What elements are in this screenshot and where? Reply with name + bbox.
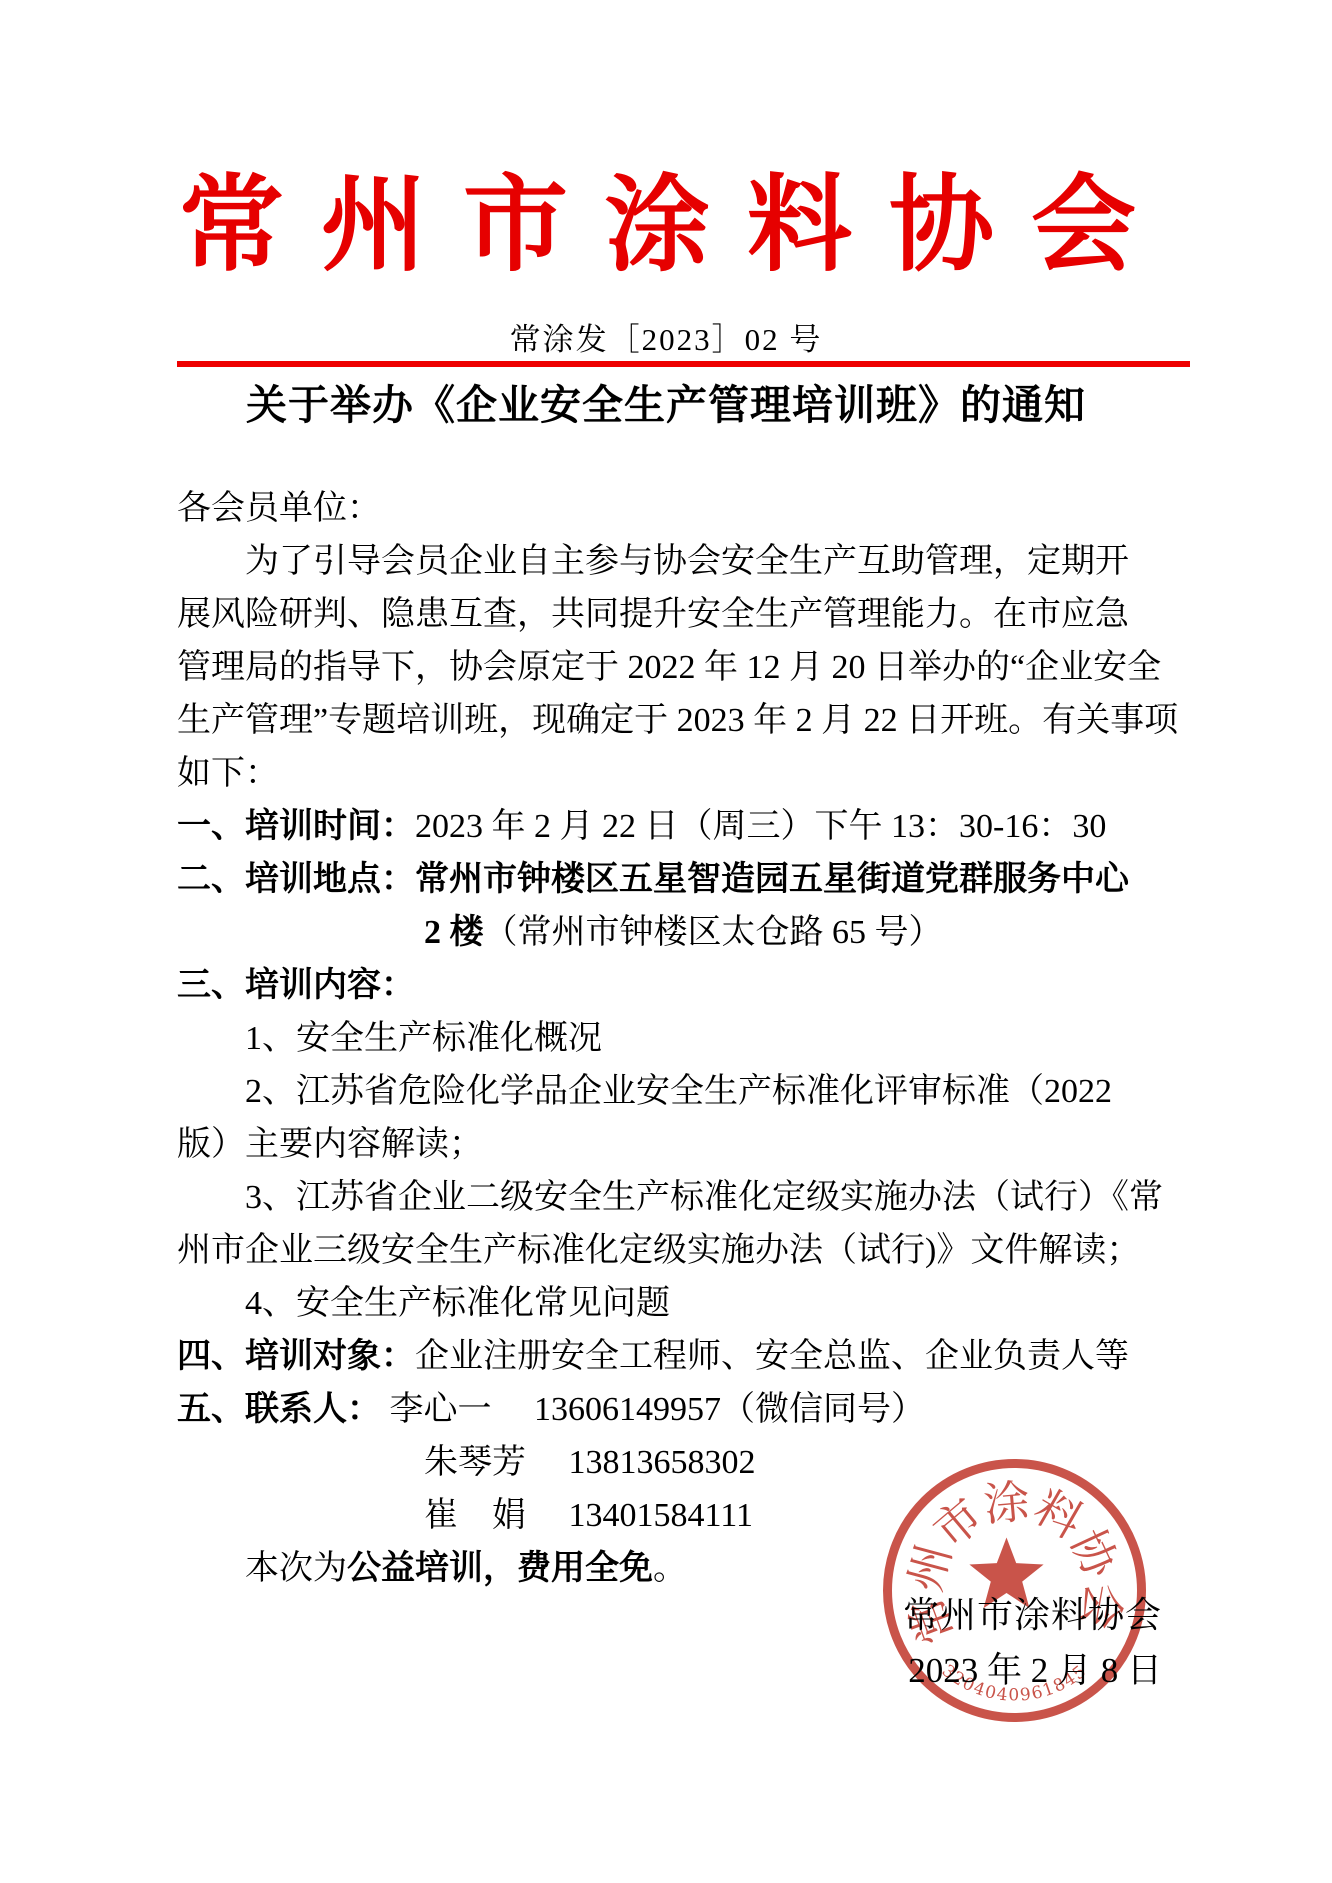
body-line: 版）主要内容解读；: [177, 1118, 1187, 1171]
doc-title: 关于举办《企业安全生产管理培训班》的通知: [0, 372, 1332, 431]
text-segment: 州市企业三级安全生产标准化定级实施办法（试行)》文件解读；: [177, 1232, 1140, 1269]
text-segment: 李心一 13606149957（微信同号）: [381, 1391, 925, 1428]
text-segment: 4、安全生产标准化常见问题: [245, 1285, 670, 1322]
body-lines: 各会员单位：为了引导会员企业自主参与协会安全生产互助管理，定期开展风险研判、隐患…: [177, 482, 1187, 1595]
body-line: 朱琴芳 13813658302: [177, 1436, 1187, 1489]
document-page: 常州市涂料协会 常涂发［2023］02 号 关于举办《企业安全生产管理培训班》的…: [0, 0, 1332, 1883]
text-segment: 2、江苏省危险化学品企业安全生产标准化评审标准（2022: [245, 1073, 1112, 1110]
body-line: 五、联系人： 李心一 13606149957（微信同号）: [177, 1383, 1187, 1436]
text-segment: 展风险研判、隐患互查，共同提升安全生产管理能力。在市应急: [177, 596, 1129, 633]
body-line: 州市企业三级安全生产标准化定级实施办法（试行)》文件解读；: [177, 1224, 1187, 1277]
body-line: 生产管理”专题培训班，现确定于 2023 年 2 月 22 日开班。有关事项: [177, 694, 1187, 747]
body-line: 崔 娟 13401584111: [177, 1489, 1187, 1542]
text-segment: 如下：: [177, 755, 279, 792]
body-line: 各会员单位：: [177, 482, 1187, 535]
masthead-org-title: 常州市涂料协会: [0, 166, 1332, 287]
text-segment: 各会员单位：: [177, 490, 381, 527]
text-segment-bold: 一、培训时间：: [177, 808, 415, 845]
text-segment: 本次为: [245, 1550, 347, 1587]
signature-block: 常州市涂料协会 2023 年 2 月 8 日: [177, 1588, 1180, 1698]
text-segment: 。: [653, 1550, 687, 1587]
body-line: 三、培训内容：: [177, 959, 1187, 1012]
text-segment: 3、江苏省企业二级安全生产标准化定级实施办法（试行）《常: [245, 1179, 1163, 1216]
text-segment-bold: 三、培训内容：: [177, 967, 415, 1004]
text-segment-bold: 四、培训对象：: [177, 1338, 415, 1375]
text-segment: 朱琴芳 13813658302: [424, 1444, 756, 1481]
text-segment: 企业注册安全工程师、安全总监、企业负责人等: [415, 1338, 1129, 1375]
text-segment-bold: 五、联系人：: [177, 1391, 381, 1428]
text-segment: （常州市钟楼区太仓路 65 号）: [484, 914, 943, 951]
text-segment: 崔 娟 13401584111: [424, 1497, 753, 1534]
text-segment-bold: 常州市钟楼区五星智造园五星街道党群服务中心: [415, 861, 1129, 898]
text-segment: 1、安全生产标准化概况: [245, 1020, 602, 1057]
text-segment: 版）主要内容解读；: [177, 1126, 483, 1163]
body-line: 3、江苏省企业二级安全生产标准化定级实施办法（试行）《常: [177, 1171, 1187, 1224]
text-segment-bold: 2 楼: [424, 914, 484, 951]
body-line: 管理局的指导下，协会原定于 2022 年 12 月 20 日举办的“企业安全: [177, 641, 1187, 694]
body-line: 1、安全生产标准化概况: [177, 1012, 1187, 1065]
text-segment: 2023 年 2 月 22 日（周三）下午 13：30-16：30: [415, 808, 1106, 845]
red-divider-rule: [177, 361, 1190, 367]
body-line: 四、培训对象：企业注册安全工程师、安全总监、企业负责人等: [177, 1330, 1187, 1383]
text-segment: 生产管理”专题培训班，现确定于 2023 年 2 月 22 日开班。有关事项: [177, 702, 1178, 739]
text-segment-bold: 二、培训地点：: [177, 861, 415, 898]
body-line: 如下：: [177, 747, 1187, 800]
signature-date: 2023 年 2 月 8 日: [177, 1643, 1162, 1698]
text-segment: 管理局的指导下，协会原定于 2022 年 12 月 20 日举办的“企业安全: [177, 649, 1161, 686]
body-line: 4、安全生产标准化常见问题: [177, 1277, 1187, 1330]
doc-number: 常涂发［2023］02 号: [0, 314, 1332, 359]
body-line: 展风险研判、隐患互查，共同提升安全生产管理能力。在市应急: [177, 588, 1187, 641]
body-line: 一、培训时间：2023 年 2 月 22 日（周三）下午 13：30-16：30: [177, 800, 1187, 853]
signature-org: 常州市涂料协会: [177, 1588, 1162, 1643]
body-line: 2、江苏省危险化学品企业安全生产标准化评审标准（2022: [177, 1065, 1187, 1118]
body-line: 2 楼（常州市钟楼区太仓路 65 号）: [177, 906, 1187, 959]
text-segment: 为了引导会员企业自主参与协会安全生产互助管理，定期开: [245, 543, 1129, 580]
body-line: 二、培训地点：常州市钟楼区五星智造园五星街道党群服务中心: [177, 853, 1187, 906]
text-segment-bold: 公益培训，费用全免: [347, 1550, 653, 1587]
body-line: 为了引导会员企业自主参与协会安全生产互助管理，定期开: [177, 535, 1187, 588]
